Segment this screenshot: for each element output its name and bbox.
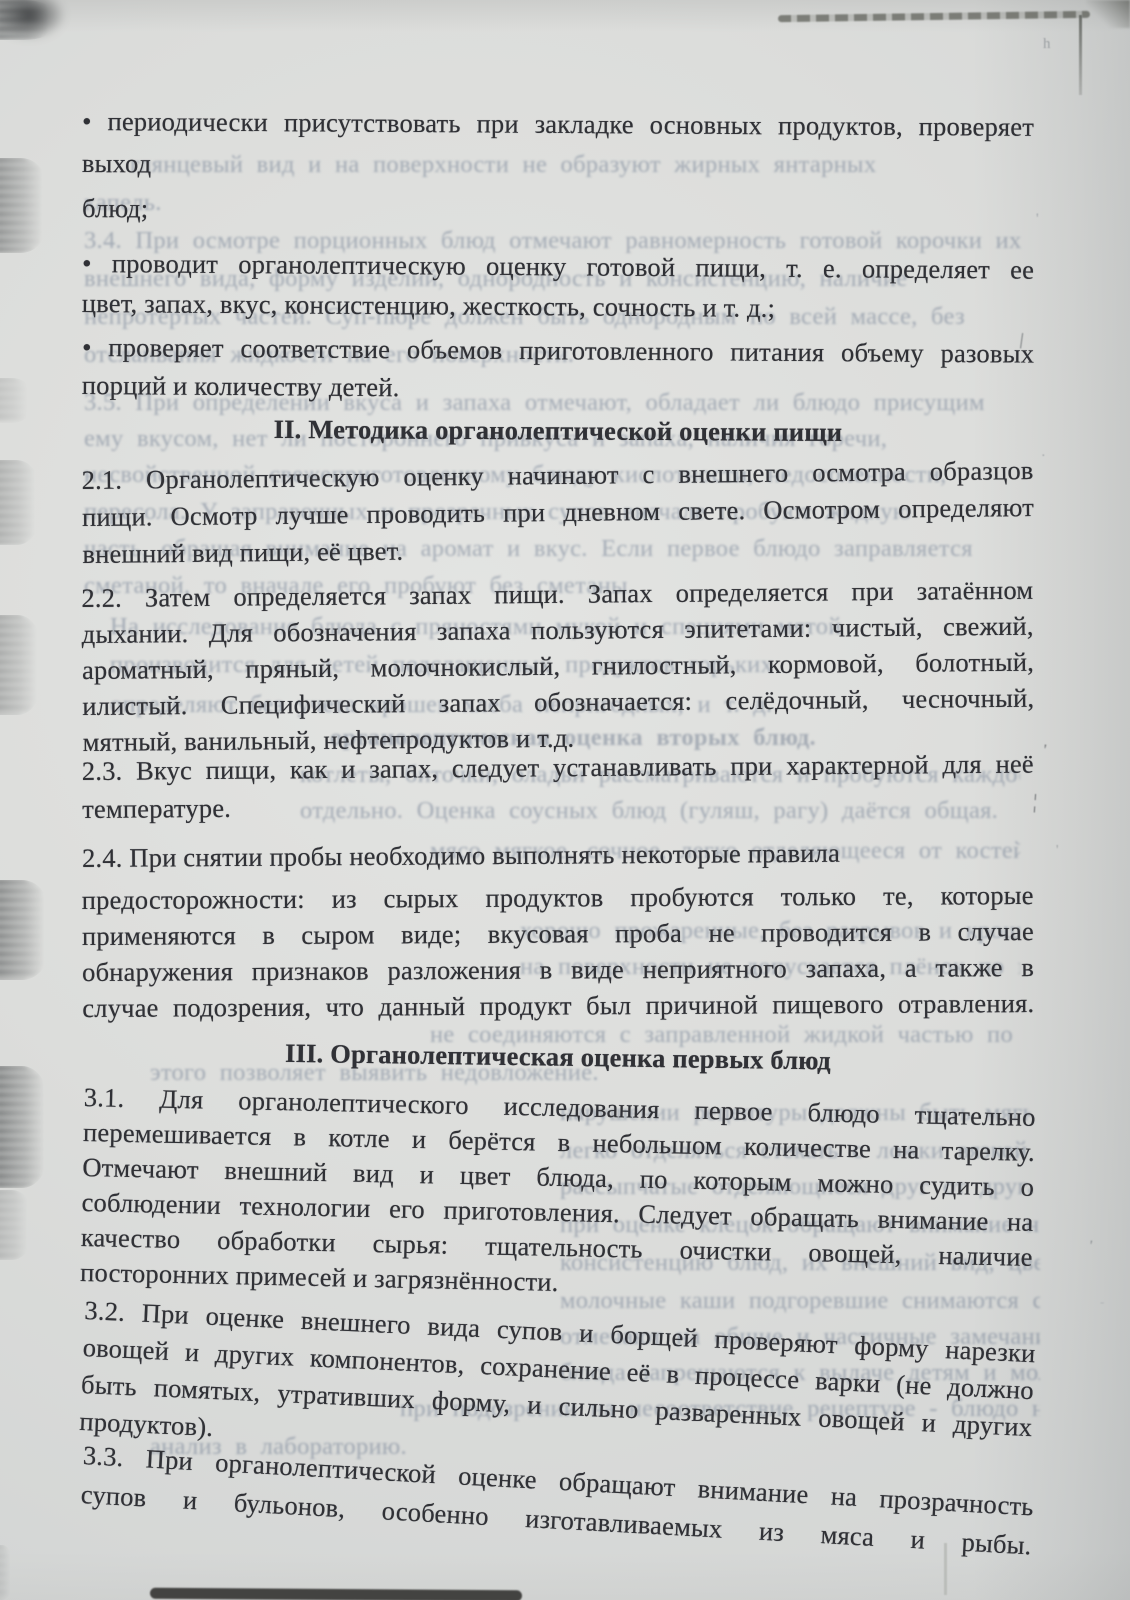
scan-smudge-band xyxy=(0,460,38,545)
scan-noise-mark: ' xyxy=(1036,211,1039,228)
text-line: предосторожности: из сырых продуктов про… xyxy=(82,877,1034,918)
paragraph: предосторожности: из сырых продуктов про… xyxy=(82,877,1035,1026)
scan-noise-mark: · xyxy=(1030,1185,1034,1201)
paragraph: 2.4. При снятии пробы необходимо выполня… xyxy=(82,833,1034,876)
scan-smudge-band xyxy=(0,0,52,40)
text-line: 2.4. При снятии пробы необходимо выполня… xyxy=(82,833,1034,876)
scan-corner-shadow-top-right xyxy=(1086,0,1130,28)
scan-smudge-band xyxy=(0,158,46,253)
text-line: цвет, запах, вкус, консистенцию, жесткос… xyxy=(82,283,1034,330)
text-line: 2.3. Вкус пищи, как и запах, следует уст… xyxy=(82,745,1034,790)
scan-smudge-band xyxy=(0,378,30,423)
scan-noise-mark: ' xyxy=(1087,1238,1093,1255)
paragraph: блюд; xyxy=(82,190,1034,232)
text-line: выход xyxy=(82,142,1034,190)
scan-noise-mark: · xyxy=(1041,449,1046,465)
scan-noise-mark: ' xyxy=(1041,742,1047,760)
paragraph: 3.1. Для органолептического исследования… xyxy=(80,1080,1036,1310)
scan-edge-line-top-right xyxy=(1079,15,1082,95)
scan-noise-mark: h xyxy=(1043,36,1051,53)
paragraph: 2.1. Органолептическую оценку начинают с… xyxy=(81,452,1034,573)
paragraph: 2.3. Вкус пищи, как и запах, следует уст… xyxy=(82,745,1035,828)
text-line: • периодически присутствовать при заклад… xyxy=(82,100,1034,148)
scan-smudge-band xyxy=(0,1545,12,1600)
paragraph: 2.2. Затем определяется запах пищи. Запа… xyxy=(81,572,1035,760)
text-line: обнаружения признаков разложения в виде … xyxy=(82,949,1034,990)
text-line: применяются в сыром виде; вкусовая проба… xyxy=(82,913,1034,954)
scan-bottom-dark-bar xyxy=(150,1588,522,1600)
text-line: • проверяет соответствие объемов пригото… xyxy=(82,328,1034,373)
scan-noise-mark: ¦ xyxy=(1032,791,1038,814)
scan-smudge-band xyxy=(0,1066,48,1188)
paragraph: • периодически присутствовать при заклад… xyxy=(82,100,1034,190)
scan-edge-streak-top-right xyxy=(778,11,1090,22)
text-line: порций и количеству детей. xyxy=(82,366,1034,411)
scan-noise-mark: ' xyxy=(1056,843,1059,859)
scan-smudge-band xyxy=(0,880,48,980)
text-line: блюд; xyxy=(82,190,1034,232)
text-line: II. Методика органолептической оценки пи… xyxy=(82,410,1034,451)
scan-smudge-band xyxy=(0,1190,30,1260)
text-line: • проводит органолептическую оценку гото… xyxy=(82,243,1034,290)
paragraph: • проверяет соответствие объемов пригото… xyxy=(82,328,1035,411)
paragraph: • проводит органолептическую оценку гото… xyxy=(82,243,1035,330)
scan-smudge-band xyxy=(0,615,40,715)
text-line: случае подозрения, что данный продукт бы… xyxy=(82,985,1034,1026)
scanned-document-page: глянцевый вид и на поверхности не образу… xyxy=(0,0,1130,1600)
text-line: температуре. xyxy=(82,783,1034,828)
scan-noise-mark: - xyxy=(1100,1294,1104,1310)
section-heading: II. Методика органолептической оценки пи… xyxy=(82,410,1034,451)
